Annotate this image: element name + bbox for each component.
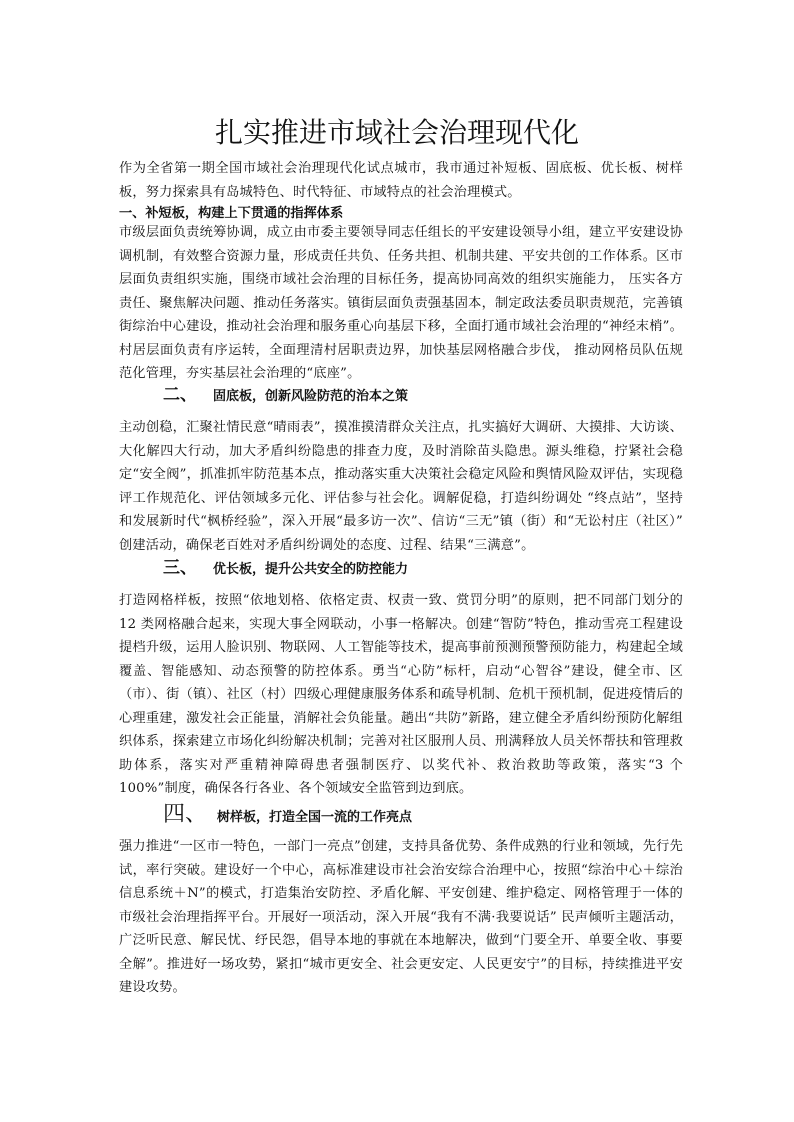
section-2-number: 二、: [163, 380, 197, 405]
section-4-number: 四、: [163, 797, 207, 828]
section-3-body: 打造网格样板，按照“依地划格、依格定责、权责一致、赏罚分明”的原则，把不同部门划…: [119, 589, 683, 801]
section-1-title: 补短板，构建上下贯通的指挥体系: [145, 206, 343, 221]
section-3-number: 三、: [163, 553, 197, 578]
section-4-heading: 四、 树样板，打造全国一流的工作亮点: [163, 797, 412, 828]
section-2-title: 固底板，创新风险防范的治本之策: [213, 385, 408, 404]
section-1-number: 一、: [119, 206, 145, 221]
document-title: 扎实推进市域社会治理现代化: [0, 113, 794, 153]
section-3-heading: 三、 优长板，提升公共安全的防控能力: [163, 553, 408, 578]
section-1-body: 市级层面负责统筹协调，成立由市委主要领导同志任组长的平安建设领导小组，建立平安建…: [119, 221, 683, 386]
document-page: 扎实推进市域社会治理现代化 作为全省第一期全国市域社会治理现代化试点城市，我市通…: [0, 0, 794, 1122]
section-2-heading: 二、 固底板，创新风险防范的治本之策: [163, 380, 408, 405]
section-4-title: 树样板，打造全国一流的工作亮点: [217, 806, 412, 825]
section-2-body: 主动创稳，汇聚社情民意“晴雨表”，摸准摸清群众关注点，扎实搞好大调研、大摸排、大…: [119, 416, 683, 557]
section-4-body: 强力推进“一区市一特色，一部门一亮点”创建，支持具备优势、条件成熟的行业和领域，…: [119, 835, 683, 1000]
section-3-title: 优长板，提升公共安全的防控能力: [213, 558, 408, 577]
intro-paragraph: 作为全省第一期全国市域社会治理现代化试点城市，我市通过补短板、固底板、优长板、树…: [119, 157, 683, 204]
